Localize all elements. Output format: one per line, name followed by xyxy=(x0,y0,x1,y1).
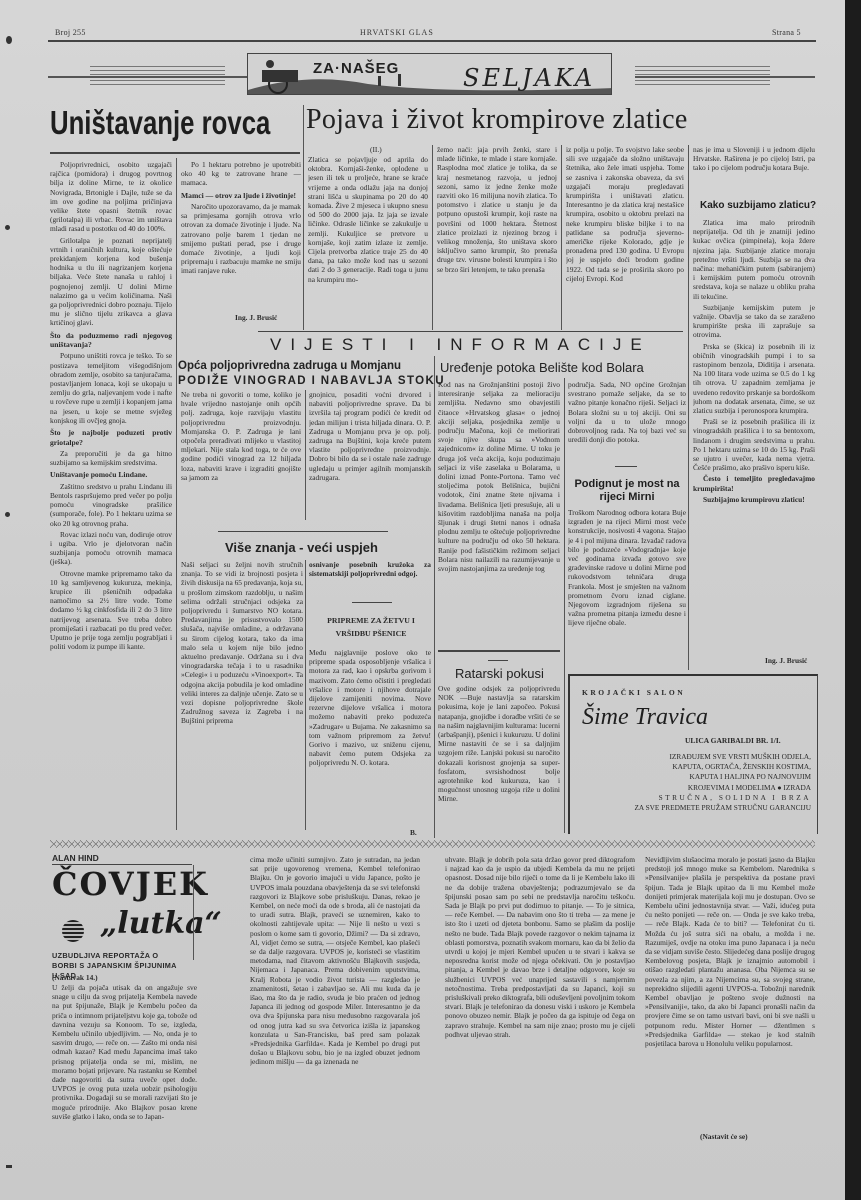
paragraph: Za preporučiti je da ga hitno suzbijamo … xyxy=(50,449,172,467)
ornament-rule xyxy=(352,602,392,603)
news-znanje-col2: osnivanje posebnih kružoka za sistematsk… xyxy=(309,560,431,590)
paragraph: Otrovne mamke pripremamo tako da 10 kg s… xyxy=(50,569,172,652)
news-momjan-col1: Ne treba ni govoriti o tome, koliko je h… xyxy=(181,390,301,520)
ad-line: ZA SVE PREDMETE PRUŽAM STRUČNU GARANCIJU xyxy=(579,803,811,813)
paper-speck xyxy=(5,512,10,517)
paragraph: Praši se iz posebnih prašilica ili iz vi… xyxy=(693,417,815,472)
ad-line: STRUČNA, SOLIDNA I BRZA xyxy=(579,793,811,803)
article-krumpir-col3: iz polja u polje. To svojstvo lake seobe… xyxy=(566,145,684,325)
paragraph: Zlatica ima malo prirodnih neprijatelja.… xyxy=(693,218,815,301)
banner-line2: SELJAKA xyxy=(463,64,595,92)
ad-line: KROJEVIMA I MODELIMA ● IZRADA xyxy=(579,783,811,793)
column-divider xyxy=(688,145,689,670)
rule xyxy=(438,650,560,652)
article-title-rovac: Uništavanje rovca xyxy=(50,104,270,142)
banner-lines-right xyxy=(635,66,770,67)
article-part: (II.) xyxy=(370,145,382,154)
newspaper-page: Broj 255 HRVATSKI GLAS Strana 5 ZA·NAŠEG… xyxy=(0,0,845,1200)
column-divider xyxy=(432,145,433,330)
ornament-rule xyxy=(615,466,637,467)
rule xyxy=(218,531,388,532)
ad-line: KAPUTA, OGRTAČA, ŽENSKIH KOSTIMA, xyxy=(579,762,811,772)
news-momjan-title2: PODIŽE VINOGRAD I NABAVLJA STOKU xyxy=(178,375,445,387)
header-rule xyxy=(48,40,816,42)
ad-line: IZRAĐUJEM SVE VRSTI MUŠKIH ODJELA, xyxy=(579,752,811,762)
column-divider xyxy=(305,390,306,520)
column-divider xyxy=(305,560,306,830)
paper-speck xyxy=(6,1165,12,1168)
serial-col1: U želji da pojača utisak da on angažuje … xyxy=(52,983,197,1153)
article-rovac-col2: Po 1 hektaru potrebno je upotrebiti oko … xyxy=(181,160,301,310)
news-beliste-title: Uređenje potoka Belište kod Bolara xyxy=(440,360,644,375)
subheading: Uništavanje pomoću Lindane. xyxy=(50,470,172,479)
news-beliste-col1: Kod nas na Grožnjanštini postoji živo in… xyxy=(438,380,560,650)
news-ratarski-body: Ove godine odsjek za poljoprivredu NOK —… xyxy=(438,684,560,832)
serial-installment: (Nastavak 14.) xyxy=(52,973,98,982)
article-krumpir-col4: Zlatica ima malo prirodnih neprijatelja.… xyxy=(693,218,815,648)
ad-text: IZRAĐUJEM SVE VRSTI MUŠKIH ODJELA,KAPUTA… xyxy=(579,752,811,813)
article-krumpir-col1: Zlatica se pojavljuje od aprila do oktob… xyxy=(308,155,428,325)
author-rovac: Ing. J. Brusić xyxy=(235,313,277,322)
serial-author: ALAN HIND xyxy=(52,853,99,863)
paragraph: Naročito upozoravamo, da je mamak sa pri… xyxy=(181,202,301,276)
author-krumpir: Ing. J. Brusić xyxy=(765,656,807,665)
news-znanje-title: Više znanja - veći uspjeh xyxy=(225,540,378,555)
issue-number: Broj 255 xyxy=(55,28,86,37)
decorative-separator xyxy=(50,840,815,848)
title-rule xyxy=(50,152,300,154)
news-momjan-col2: gnojnicu, posaditi voćni drvored i nabav… xyxy=(309,390,431,520)
newspaper-name: HRVATSKI GLAS xyxy=(360,28,434,37)
column-divider xyxy=(564,378,565,833)
globe-icon xyxy=(62,920,84,942)
paragraph: Rovac izlazi noću van, dodiruje otrov i … xyxy=(50,530,172,567)
paragraph: Prska se (škica) iz posebnih ili iz obič… xyxy=(693,342,815,416)
column-divider xyxy=(303,105,304,330)
news-beliste-col2: područja. Sada, NO općine Grožnjan svest… xyxy=(568,380,686,460)
serial-col2: cima može učiniti sumnjivo. Zato je sutr… xyxy=(250,855,420,1155)
column-divider xyxy=(561,145,562,330)
serial-title1: ČOVJEK xyxy=(52,865,209,903)
banner-lines-left xyxy=(90,66,225,67)
subheading-kako-suzbijamo: Kako suzbijamo zlaticu? xyxy=(700,200,816,211)
ad-address: ULICA GARIBALDI BR. 1/I. xyxy=(685,736,781,745)
news-zetva-body: Među najglavnije poslove oko te pripreme… xyxy=(309,648,431,828)
article-rovac-col1: Poljoprivrednici, osobito uzgajači rajči… xyxy=(50,160,172,830)
section-rule xyxy=(258,331,683,332)
article-krumpir-col2: žemo naći: jaja prvih ženki, stare i mla… xyxy=(437,145,557,325)
column-divider xyxy=(176,158,177,830)
news-most-body: Troškom Narodnog odbora kotara Buje izgr… xyxy=(568,508,686,668)
subheading: Mamci — otrov za ljude i životinje! xyxy=(181,191,301,200)
serial-col4: Nevidljivim slušaocima moralo je postati… xyxy=(645,855,815,1125)
ad-line: KAPUTA I HALJINA PO NAJNOVIJIM xyxy=(579,772,811,782)
paragraph: Grilotalpa je poznati neprijatelj vrtnih… xyxy=(50,236,172,328)
ornament-rule xyxy=(488,660,508,661)
banner-rule-right xyxy=(635,76,815,78)
paper-speck xyxy=(5,225,10,230)
serial-col3: uhvate. Blajk je dobrih pola sata držao … xyxy=(445,855,635,1155)
ad-label: KROJAČKI SALON xyxy=(582,688,685,697)
column-divider xyxy=(193,865,194,960)
news-zetva-signature: B. xyxy=(410,828,417,837)
paragraph: Često i temeljito pregledavajmo krumpiri… xyxy=(693,474,815,492)
paragraph: Po 1 hektaru potrebno je upotrebiti oko … xyxy=(181,160,301,188)
banner-box: ZA·NAŠEG SELJAKA xyxy=(247,53,612,95)
paragraph: Poljoprivrednici, osobito uzgajači rajči… xyxy=(50,160,172,234)
paragraph: Zaštitno sredstvo u prahu Lindanu ili Be… xyxy=(50,482,172,528)
paper-speck xyxy=(6,36,12,44)
subheading: Što da poduzmemo radi njegovog uništavan… xyxy=(50,331,172,350)
column-divider xyxy=(434,356,435,838)
paragraph: Suzbijajmo krumpirovu zlaticu! xyxy=(693,495,815,504)
serial-continued: (Nastavit će se) xyxy=(700,1132,748,1141)
subheading: Što je najbolje poduzeti protiv griotalp… xyxy=(50,428,172,447)
ad-box: KROJAČKI SALON Šime Travica ULICA GARIBA… xyxy=(568,674,818,834)
banner-line1: ZA·NAŠEG xyxy=(313,60,399,77)
ad-name: Šime Travica xyxy=(582,704,708,731)
section-title: VIJESTI I INFORMACIJE xyxy=(270,335,651,355)
news-momjan-title1: Opća poljoprivredna zadruga u Momjanu xyxy=(178,360,401,372)
news-ratarski-title: Ratarski pokusi xyxy=(455,666,544,681)
paragraph: Suzbijanje kemijskim putem je važnije. O… xyxy=(693,303,815,340)
banner-rule-left xyxy=(48,76,248,78)
serial-title2: „lutka“ xyxy=(100,906,222,941)
news-zetva-title: PRIPREME ZA ŽETVU I VRŠIDBU PŠENICE xyxy=(315,614,427,640)
article-krumpir-col4-intro: nas je ima u Sloveniji i u jednom dijelu… xyxy=(693,145,815,190)
article-title-krumpir: Pojava i život krompirove zlatice xyxy=(306,104,688,136)
news-znanje-col1: Naši seljaci su željni novih stručnih zn… xyxy=(181,560,303,830)
page-number: Strana 5 xyxy=(772,28,801,37)
news-most-title: Podignut je most na rijeci Mirni xyxy=(568,478,686,504)
scan-edge xyxy=(845,0,861,1200)
paragraph: Potpuno uništiti rovca je teško. To se p… xyxy=(50,351,172,425)
